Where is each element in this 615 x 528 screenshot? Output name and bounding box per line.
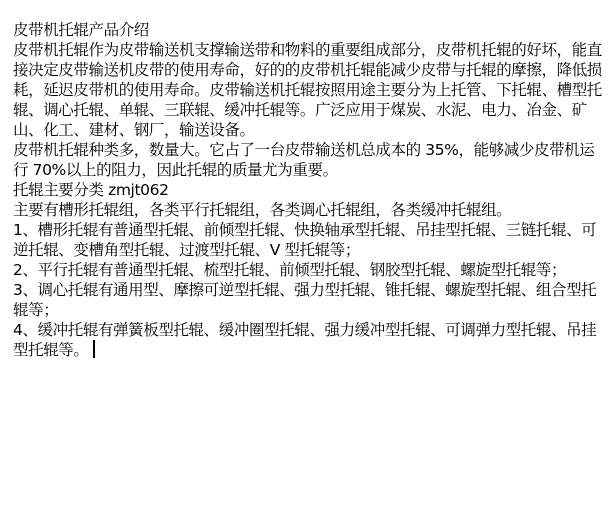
- paragraph-troughed-idlers: 1、槽形托辊有普通型托辊、前倾型托辊、快换轴承型托辊、吊挂型托辊、三链托辊、可逆…: [13, 220, 605, 260]
- document-title: 皮带机托辊产品介绍: [13, 20, 605, 40]
- paragraph-impact-idlers: 4、缓冲托辊有弹簧板型托辊、缓冲圈型托辊、强力缓冲型托辊、可调弹力型托辊、吊挂型…: [13, 320, 605, 360]
- paragraph-impact-idlers-text: 4、缓冲托辊有弹簧板型托辊、缓冲圈型托辊、强力缓冲型托辊、可调弹力型托辊、吊挂型…: [13, 321, 596, 359]
- paragraph-category-summary: 主要有槽形托辊组，各类平行托辊组，各类调心托辊组，各类缓冲托辊组。: [13, 200, 605, 220]
- paragraph-self-aligning-idlers: 3、调心托辊有通用型、摩擦可逆型托辊、强力型托辊、锥托辊、螺旋型托辊、组合型托辊…: [13, 280, 605, 320]
- document-body[interactable]: 皮带机托辊产品介绍 皮带机托辊作为皮带输送机支撑输送带和物料的重要组成部分，皮带…: [13, 20, 605, 360]
- paragraph-flat-idlers: 2、平行托辊有普通型托辊、梳型托辊、前倾型托辊、钢胶型托辊、螺旋型托辊等；: [13, 260, 605, 280]
- paragraph-category-heading: 托辊主要分类 zmjt062: [13, 180, 605, 200]
- paragraph-intro: 皮带机托辊作为皮带输送机支撑输送带和物料的重要组成部分，皮带机托辊的好坏，能直接…: [13, 40, 605, 140]
- paragraph-cost: 皮带机托辊种类多，数量大。它占了一台皮带输送机总成本的 35%，能够减少皮带机运…: [13, 140, 605, 180]
- text-cursor: [93, 340, 95, 358]
